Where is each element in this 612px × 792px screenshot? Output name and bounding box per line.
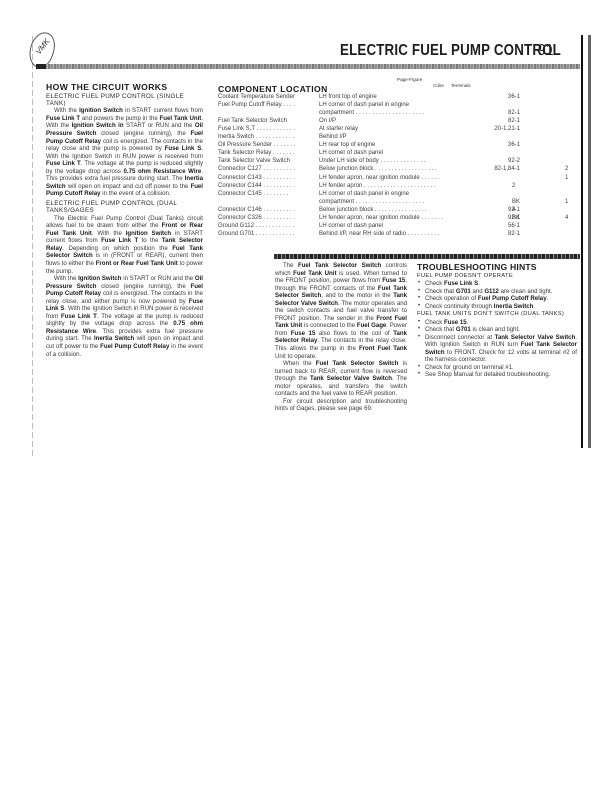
bold-term: Ignition Switch: [126, 230, 171, 237]
component-location: Below junction block . . . . . . . . . .…: [319, 166, 437, 174]
right-border-line: [581, 35, 583, 448]
paragraph: The Electric Fuel Pump Control (Dual Tan…: [46, 215, 203, 275]
bold-term: Fuel Tank Selector Switch: [298, 262, 381, 269]
bold-term: Front or Rear Fuel Tank Unit: [46, 222, 203, 237]
bold-term: Fuel Gage: [357, 322, 386, 329]
bold-term: Fuel Tank Selector Switch: [425, 341, 577, 356]
hint-item: Check Fuse 15.: [417, 319, 577, 327]
bold-term: Fuse Link S: [165, 145, 202, 152]
col-header-page-figure: Page-Figure: [397, 77, 427, 83]
bold-term: Ignition Switch: [79, 107, 123, 114]
bold-term: 0.75 ohm Resistance Wire: [46, 320, 203, 335]
component-terminals: 4: [565, 215, 568, 223]
bold-term: Fuel Tank Unit: [293, 270, 336, 277]
component-name: Fuel Pump Cutoff Relay . . . .: [218, 102, 295, 110]
component-name: Fuse Link S,T . . . . . . . . . . . .: [218, 126, 295, 134]
dual-tanks-body: The Electric Fuel Pump Control (Dual Tan…: [46, 215, 203, 358]
col-header-terminals: Terminals: [451, 83, 471, 89]
component-location: LH corner of dash panel: [319, 150, 383, 158]
hint-item: Check that G701 and G112 are clean and t…: [417, 288, 577, 296]
bold-term: G701: [456, 326, 471, 333]
paragraph: With the Ignition Switch in START or RUN…: [46, 275, 203, 358]
component-page-figure: 36-1: [468, 94, 520, 102]
right-border-line-shadow: [588, 35, 591, 448]
component-location: Behind I/P, near RH side of radio . . . …: [319, 231, 439, 239]
how-it-works-heading: HOW THE CIRCUIT WORKS: [46, 84, 203, 92]
bold-term: Tank Selector Valve Switch: [310, 375, 392, 382]
component-name: Tank Selector Relay . . . . . . .: [218, 150, 295, 158]
bold-term: Fuel Tank Selector Switch: [275, 285, 407, 300]
bold-term: Fuel Pump Cutoff Relay: [46, 183, 203, 198]
bold-term: Fuse Link S: [444, 280, 478, 287]
bold-term: Fuse 15: [291, 330, 316, 337]
bold-term: Fuse Link T: [46, 160, 81, 167]
component-location: At starter relay: [319, 126, 358, 134]
page-number: 91: [538, 42, 554, 60]
bold-term: Front Fuel Tank Unit: [275, 315, 407, 330]
section-rule: [274, 254, 580, 259]
bold-term: Ignition Switch in: [72, 122, 124, 129]
component-location: LH corner of dash panel in engine: [319, 102, 409, 110]
bold-term: Ignition Switch: [78, 275, 121, 282]
component-page-figure: 82-1: [468, 231, 520, 239]
hint-item: Check continuity through Inertia Switch.: [417, 303, 577, 311]
bold-term: Fuel Pump Cutoff Relay: [100, 343, 169, 350]
bold-term: Inertia Switch: [46, 175, 203, 190]
tank-selector-section: The Fuel Tank Selector Switch controls w…: [275, 262, 407, 413]
bold-term: Fuse Link T: [61, 313, 97, 320]
how-it-works-section: HOW THE CIRCUIT WORKS ELECTRIC FUEL PUMP…: [46, 84, 203, 358]
bold-term: Front or Rear Fuel Tank Unit: [96, 260, 178, 267]
component-page-figure: 82-1,84-1: [468, 166, 520, 174]
component-location: LH fender apron, near ignition module . …: [319, 175, 440, 183]
component-color: 4: [512, 207, 515, 215]
component-color: BK: [512, 199, 520, 207]
component-name: Connector C326 . . . . . . . . . .: [218, 215, 295, 223]
bold-term: Inertia Switch: [494, 303, 534, 310]
bold-term: Fuse 15: [444, 319, 467, 326]
bold-term: Fuel Tank Selector Switch: [316, 360, 399, 367]
component-name: Oil Pressure Sender . . . . . . .: [218, 142, 295, 150]
bold-term: Fuel Tank Unit: [160, 115, 202, 122]
tank-selector-body: The Fuel Tank Selector Switch controls w…: [275, 262, 407, 413]
component-name: Ground G701 . . . . . . . . . . . .: [218, 231, 294, 239]
component-location: Behind I/P: [319, 134, 347, 142]
component-name: Connector C143 . . . . . . . . . .: [218, 175, 295, 183]
hint-item: Check that G701 is clean and tight.: [417, 326, 577, 334]
hint-item: Check Fuse Link S.: [417, 280, 577, 288]
component-name: Connector C145 . . . . . . . .: [218, 191, 288, 199]
component-name: Coolant Temperature Sender: [218, 94, 295, 102]
logo-text: VMK: [34, 37, 52, 56]
component-name: Tank Selector Valve Switch: [218, 158, 290, 166]
bold-term: Front Fuel Tank: [359, 345, 407, 352]
group-title: FUEL TANK UNITS DON'T SWITCH (DUAL TANKS…: [417, 311, 577, 318]
group-title: FUEL PUMP DOESN'T OPERATE: [417, 273, 577, 280]
bold-term: Fuse Link S: [46, 298, 203, 313]
bold-term: Fuse 15: [382, 277, 405, 284]
component-location: LH corner of dash panel: [319, 223, 383, 231]
component-location: LH front top of engine: [319, 94, 377, 102]
component-name: Inertia Switch . . . . . . . . . . . .: [218, 134, 294, 142]
dual-tanks-subheading: ELECTRIC FUEL PUMP CONTROL (DUAL TANKS/G…: [46, 200, 203, 215]
bold-term: Oil Pressure Switch: [46, 275, 203, 290]
component-location: compartment . . . . . . . . . . . . . . …: [319, 110, 424, 118]
bold-term: G112: [484, 288, 499, 295]
troubleshooting-section: TROUBLESHOOTING HINTS FUEL PUMP DOESN'T …: [417, 264, 577, 379]
page-title: ELECTRIC FUEL PUMP CONTROL: [340, 42, 561, 60]
component-location-section: COMPONENT LOCATION: [218, 84, 580, 94]
component-page-figure: 82-1: [468, 118, 520, 126]
manual-page: VMK ELECTRIC FUEL PUMP CONTROL 91 HOW TH…: [0, 0, 612, 792]
component-name: Connector C146 . . . . . . . . . .: [218, 207, 295, 215]
paragraph: The Fuel Tank Selector Switch controls w…: [275, 262, 407, 360]
bold-term: Fuse Link T: [46, 115, 80, 122]
bold-term: 0.75 ohm Resistance Wire: [124, 168, 202, 175]
component-terminals: 2: [565, 166, 568, 174]
col-header-color: Color: [433, 83, 444, 89]
component-name: Ground G112 . . . . . . . . . . . .: [218, 223, 294, 231]
component-page-figure: 36-1: [468, 142, 520, 150]
component-location: On I/P: [319, 118, 336, 126]
component-location: Below junction block . . . . . . . . . .…: [319, 207, 427, 215]
paragraph: For circuit description and troubleshoot…: [275, 398, 407, 413]
bold-term: Oil Pressure Switch: [46, 122, 203, 137]
bold-term: Inertia Switch: [94, 335, 134, 342]
header-rule: [36, 64, 580, 69]
component-location-heading: COMPONENT LOCATION: [218, 84, 580, 94]
component-location: Under LH side of body . . . . . . . . . …: [319, 158, 425, 166]
hint-item: Disconnect connector at Tank Selector Va…: [417, 334, 577, 364]
component-name: Fuel Tank Selector Switch: [218, 118, 287, 126]
hint-item: See Shop Manual for detailed troubleshoo…: [417, 371, 577, 379]
component-page-figure: 82-1: [468, 110, 520, 118]
bold-term: Fuel Tank Selector Switch: [46, 245, 203, 260]
hint-item: Check for ground on terminal #1.: [417, 364, 577, 372]
bold-term: Fuse Link T: [101, 237, 138, 244]
hint-item: Check operation of Fuel Pump Cutoff Rela…: [417, 295, 577, 303]
component-name: Connector C127 . . . . . . . . . .: [218, 166, 295, 174]
component-terminals: 1: [565, 175, 568, 183]
component-page-figure: 20-1,21-1: [468, 126, 520, 134]
component-location: compartment . . . . . . . . . . . . . . …: [319, 199, 424, 207]
component-terminals: 1: [565, 199, 568, 207]
paragraph: When the Fuel Tank Selector Switch is tu…: [275, 360, 407, 398]
bold-term: Fuel Pump Cutoff Relay: [478, 295, 547, 302]
component-location: LH corner of dash panel in engine: [319, 191, 409, 199]
scan-edge-line: [32, 36, 33, 456]
component-page-figure: 56-1: [468, 223, 520, 231]
component-location: LH rear top of engine: [319, 142, 375, 150]
component-name: Connector C144 . . . . . . . . . .: [218, 183, 295, 191]
bold-term: Tank Selector Valve Switch: [495, 334, 576, 341]
bold-term: G701: [456, 288, 471, 295]
component-color: 2: [512, 183, 515, 191]
hint-list: Check Fuse Link S.Check that G701 and G1…: [417, 280, 577, 310]
single-tank-body: With the Ignition Switch in START curren…: [46, 107, 203, 198]
component-location: LH fender apron, near ignition module . …: [319, 215, 443, 223]
hint-list: Check Fuse 15.Check that G701 is clean a…: [417, 319, 577, 379]
paragraph: With the Ignition Switch in START curren…: [46, 107, 203, 198]
component-location: LH fender apron . . . . . . . . . . . . …: [319, 183, 436, 191]
component-color: BK: [512, 215, 520, 223]
component-page-figure: 92-2: [468, 158, 520, 166]
single-tank-subheading: ELECTRIC FUEL PUMP CONTROL (SINGLE TANK): [46, 93, 203, 108]
troubleshooting-heading: TROUBLESHOOTING HINTS: [417, 264, 577, 272]
